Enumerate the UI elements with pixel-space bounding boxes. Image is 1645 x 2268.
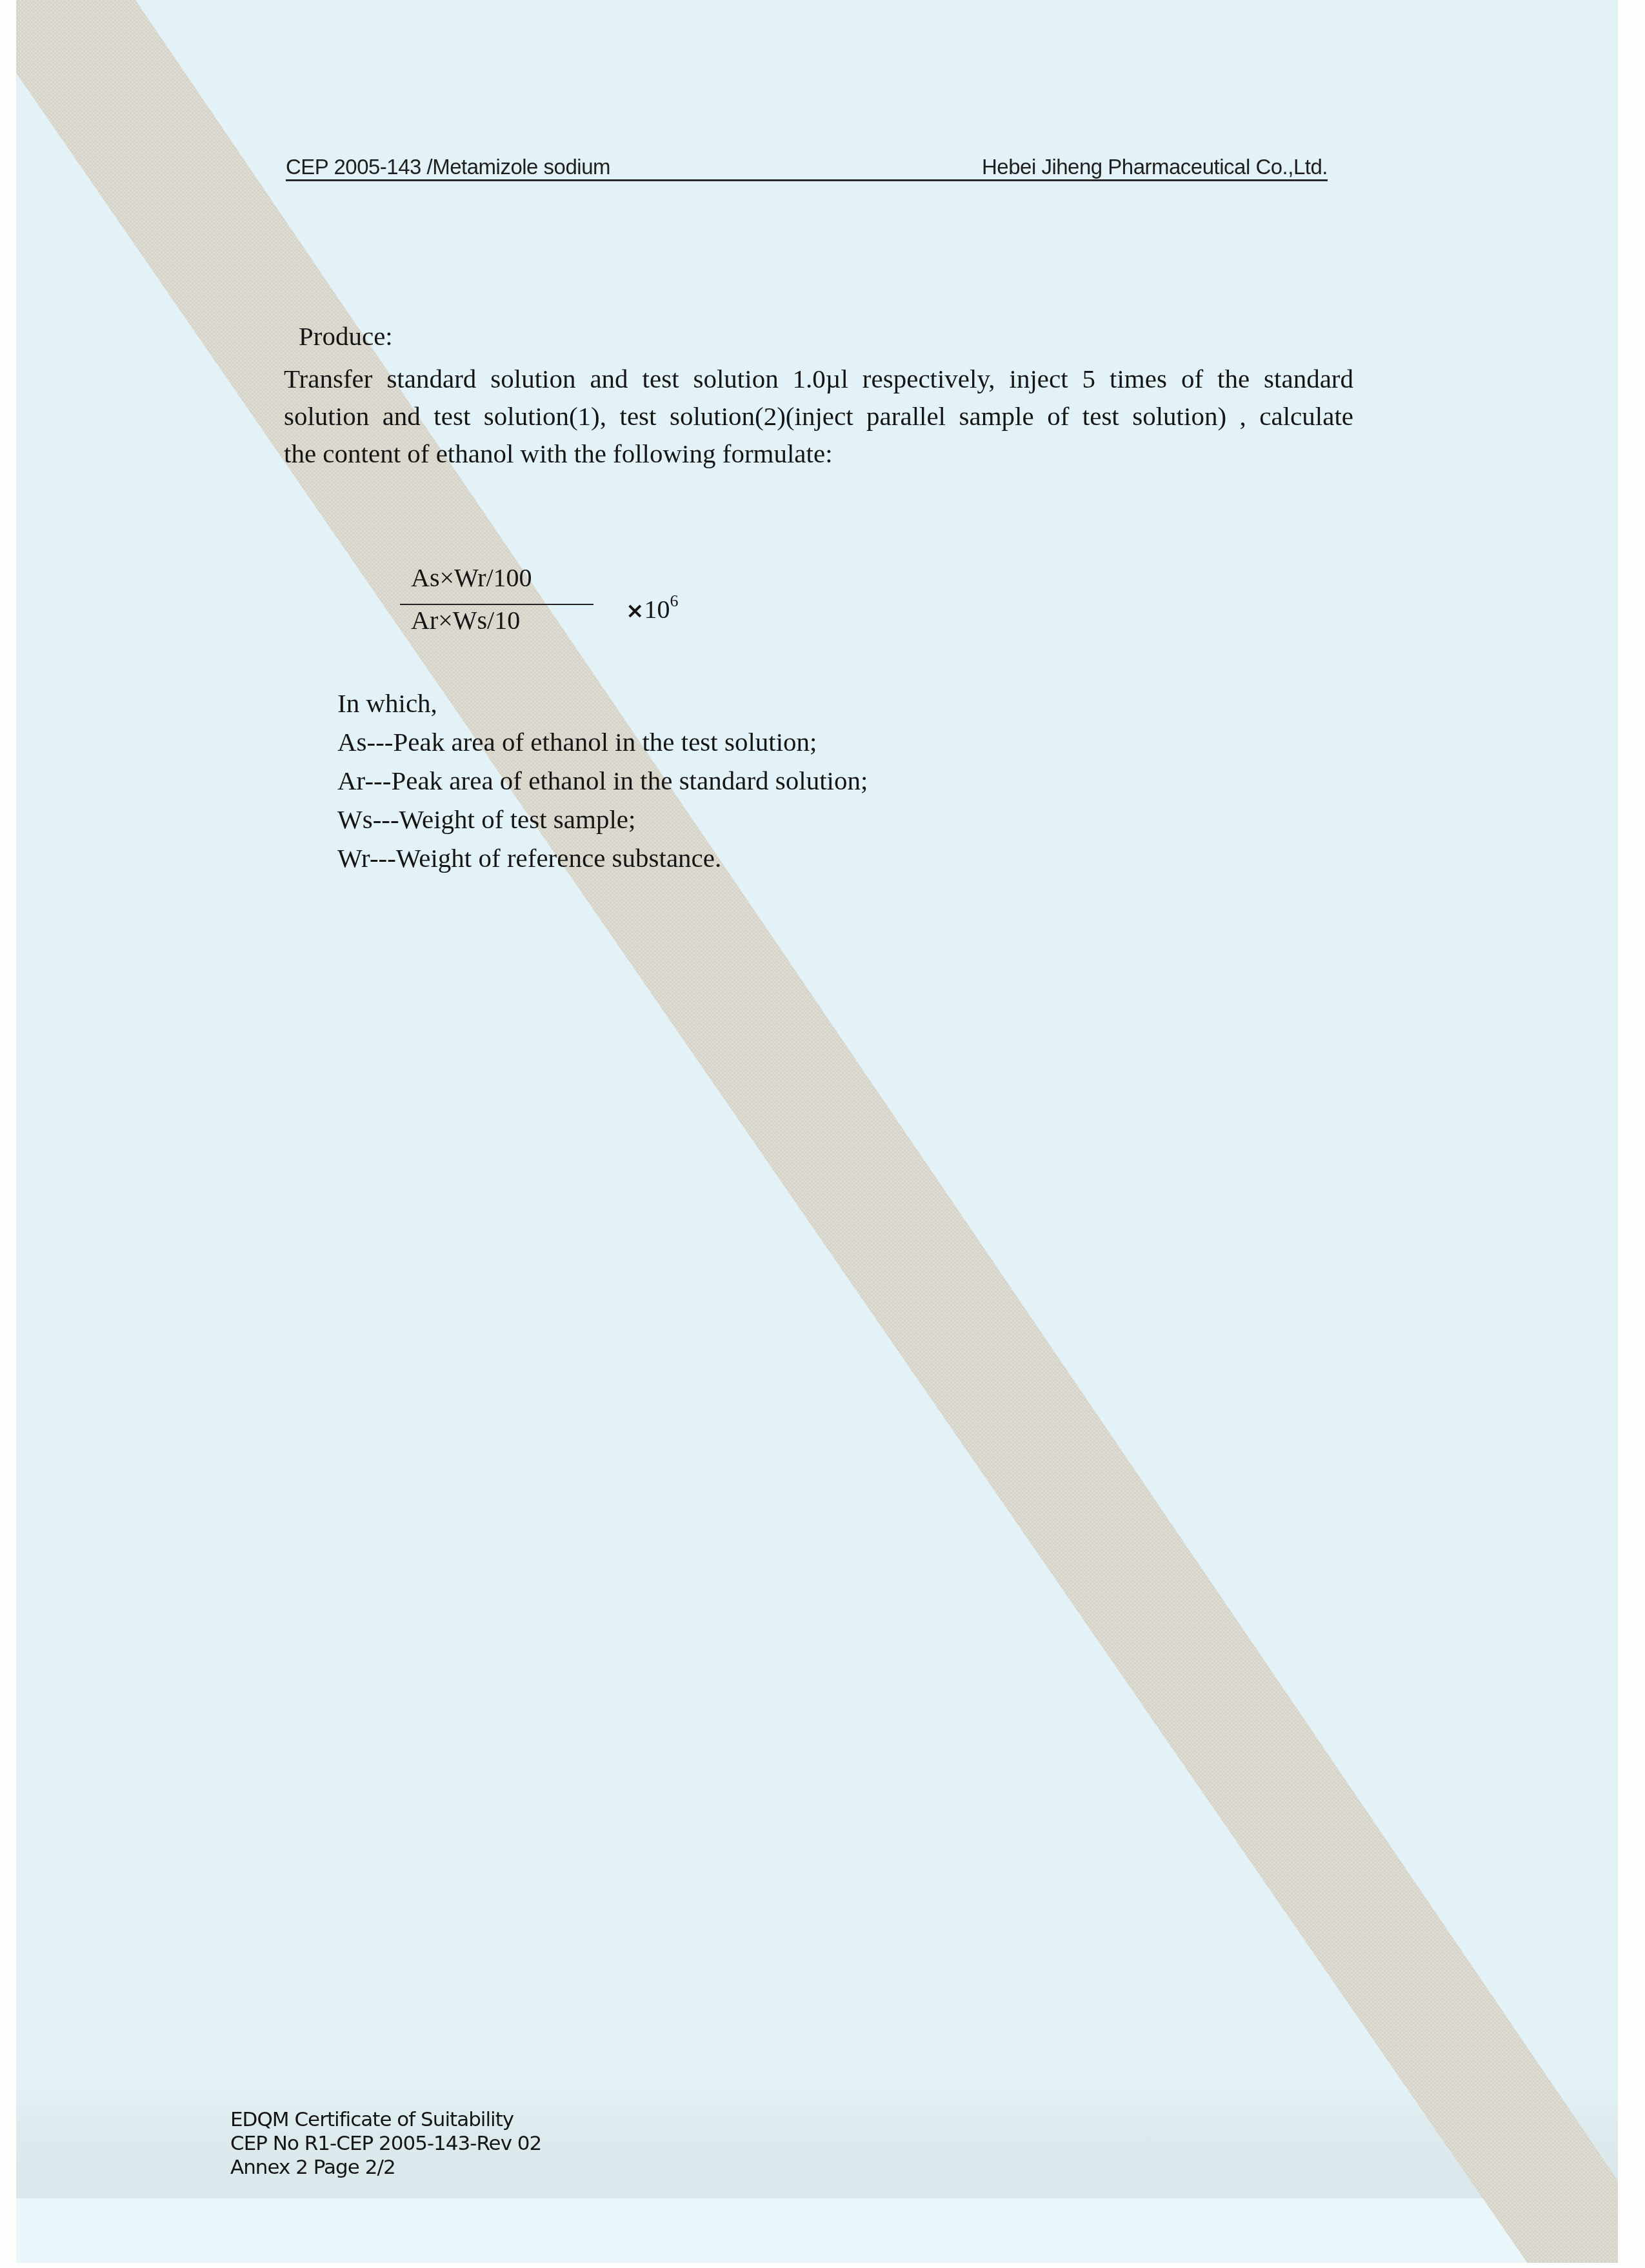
paragraph-line: solution and test solution(1), test solu…: [284, 397, 1353, 435]
footer-certificate-title: EDQM Certificate of Suitability: [230, 2108, 541, 2132]
procedure-paragraph: Transfer standard solution and test solu…: [284, 360, 1353, 472]
formula-numerator: As×Wr/100: [411, 564, 532, 592]
multiply-sign: ×: [626, 598, 644, 624]
section-label-produce: Produce:: [299, 321, 393, 352]
page-footer: EDQM Certificate of Suitability CEP No R…: [230, 2108, 541, 2180]
definition-item: As---Peak area of ethanol in the test so…: [337, 722, 868, 761]
formula-denominator: Ar×Ws/10: [411, 606, 520, 635]
multiplier-exponent: 6: [670, 592, 679, 610]
formula-multiplier: ×106: [626, 590, 679, 625]
footer-cep-number: CEP No R1-CEP 2005-143-Rev 02: [230, 2132, 541, 2156]
header-cep-title: CEP 2005-143 /Metamizole sodium: [286, 155, 610, 179]
paragraph-line: Transfer standard solution and test solu…: [284, 360, 1353, 397]
definitions-intro: In which,: [337, 684, 868, 722]
page-header: CEP 2005-143 /Metamizole sodium Hebei Ji…: [286, 154, 1328, 181]
document-content: CEP 2005-143 /Metamizole sodium Hebei Ji…: [0, 0, 1645, 2268]
definition-item: Wr---Weight of reference substance.: [337, 839, 868, 877]
variable-definitions: In which, As---Peak area of ethanol in t…: [337, 684, 868, 877]
paragraph-line: the content of ethanol with the followin…: [284, 435, 1353, 472]
header-company-name: Hebei Jiheng Pharmaceutical Co.,Ltd.: [982, 155, 1328, 179]
footer-page-number: Annex 2 Page 2/2: [230, 2156, 541, 2180]
definition-item: Ws---Weight of test sample;: [337, 800, 868, 839]
multiplier-base: 10: [644, 595, 670, 624]
ethanol-content-formula: As×Wr/100 Ar×Ws/10 ×106: [400, 561, 710, 639]
fraction-bar: [400, 604, 593, 605]
definition-item: Ar---Peak area of ethanol in the standar…: [337, 761, 868, 800]
